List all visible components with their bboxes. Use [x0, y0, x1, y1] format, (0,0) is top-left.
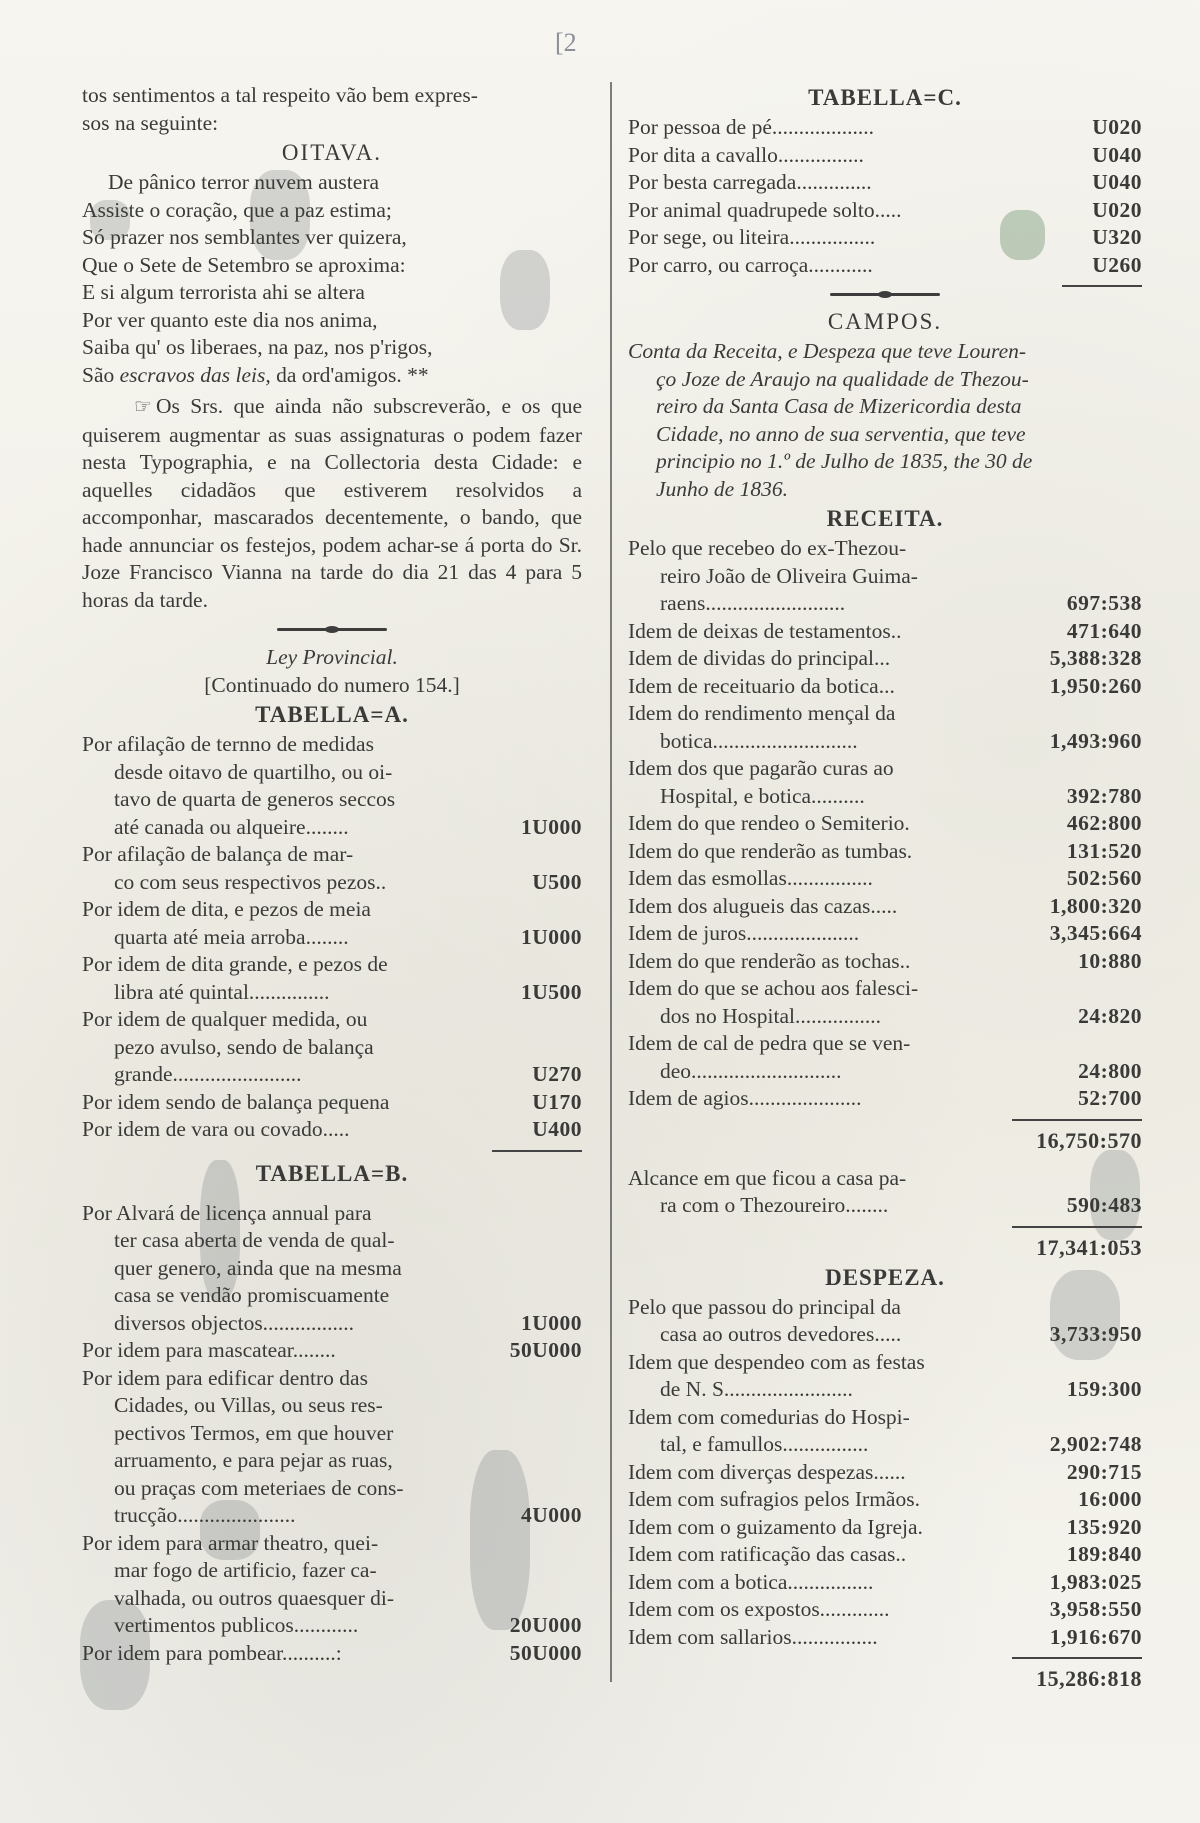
subscription-notice: ☞Os Srs. que ainda não subscreverão, e o…: [82, 393, 582, 614]
description-line: Idem de receituario da botica...: [628, 673, 1029, 701]
table-row: Por pessoa de pé...................U020: [628, 114, 1142, 142]
tabella-b-table: Por Alvará de licença annual parater cas…: [82, 1200, 582, 1668]
description-line: Idem de juros.....................: [628, 920, 1029, 948]
row-description: Idem do que rendeo o Semiterio.: [628, 810, 1029, 838]
despeza-title: DESPEZA.: [628, 1264, 1142, 1292]
row-description: Por idem de dita grande, e pezos delibra…: [82, 951, 472, 1006]
description-line: tavo de quarta de generos seccos: [82, 786, 472, 814]
description-line: libra até quintal...............: [82, 979, 472, 1007]
table-row: Por afilação de balança de mar-co com se…: [82, 841, 582, 896]
row-description: Idem do rendimento mençal dabotica......…: [628, 700, 1029, 755]
description-line: Idem de dividas do principal...: [628, 645, 1029, 673]
receita-total: 17,341:053: [628, 1234, 1142, 1262]
description-line: diversos objectos.................: [82, 1310, 472, 1338]
intro-line: Cidade, no anno de sua serventia, que te…: [628, 421, 1142, 449]
table-row: Idem do que renderão as tumbas.131:520: [628, 838, 1142, 866]
description-line: Por idem para armar theatro, quei-: [82, 1530, 472, 1558]
description-line: Idem com comedurias do Hospi-: [628, 1404, 1029, 1432]
page-number: [2: [555, 28, 577, 58]
despeza-total: 15,286:818: [628, 1665, 1142, 1693]
row-value: 1U000: [472, 896, 582, 951]
table-row: Por idem de qualquer medida, oupezo avul…: [82, 1006, 582, 1089]
description-line: Idem que despendeo com as festas: [628, 1349, 1029, 1377]
table-row: Por Alvará de licença annual parater cas…: [82, 1200, 582, 1338]
intro-line: ço Joze de Araujo na qualidade de Thezou…: [628, 366, 1142, 394]
description-line: Alcance em que ficou a casa pa-: [628, 1165, 1029, 1193]
tabella-a-title: TABELLA=A.: [82, 701, 582, 729]
text-fragment: São: [82, 363, 120, 387]
description-line: de N. S........................: [628, 1376, 1029, 1404]
row-value: 4U000: [472, 1365, 582, 1530]
description-line: Por carro, ou carroça............: [628, 252, 1029, 280]
row-value: 3,345:664: [1029, 920, 1142, 948]
poem-line: Por ver quanto este dia nos anima,: [82, 307, 582, 335]
row-description: Idem de juros.....................: [628, 920, 1029, 948]
description-line: dos no Hospital................: [628, 1003, 1029, 1031]
ornamental-rule: [830, 293, 940, 296]
newspaper-page: [2 tos sentimentos a tal respeito vão be…: [0, 0, 1200, 1823]
row-description: Por idem para armar theatro, quei-mar fo…: [82, 1530, 472, 1640]
account-intro: Conta da Receita, e Despeza que teve Lou…: [628, 338, 1142, 503]
row-value: 135:920: [1029, 1514, 1142, 1542]
poem-line: De pânico terror nuvem austera: [82, 169, 582, 197]
row-value: U170: [472, 1089, 582, 1117]
table-row: Por carro, ou carroça............U260: [628, 252, 1142, 280]
row-description: Por idem para mascatear........: [82, 1337, 472, 1365]
italic-fragment: escravos das leis,: [120, 363, 271, 387]
row-value: 1U500: [472, 951, 582, 1006]
opening-text: tos sentimentos a tal respeito vão bem e…: [82, 82, 582, 137]
campos-title: CAMPOS.: [628, 308, 1142, 336]
sum-rule: [1012, 1226, 1142, 1228]
description-line: Por pessoa de pé...................: [628, 114, 1029, 142]
row-description: Idem com ratificação das casas..: [628, 1541, 1029, 1569]
description-line: Idem do que renderão as tumbas.: [628, 838, 1029, 866]
table-row: Por besta carregada..............U040: [628, 169, 1142, 197]
table-row: Idem com sallarios................1,916:…: [628, 1624, 1142, 1652]
table-row: Por idem para pombear..........:50U000: [82, 1640, 582, 1668]
row-value: 1,916:670: [1029, 1624, 1142, 1652]
row-value: 462:800: [1029, 810, 1142, 838]
row-value: 1,493:960: [1029, 700, 1142, 755]
table-row: Idem de juros.....................3,345:…: [628, 920, 1142, 948]
row-value: 24:800: [1029, 1030, 1142, 1085]
table-row: Por sege, ou liteira................U320: [628, 224, 1142, 252]
despeza-table: Pelo que passou do principal dacasa ao o…: [628, 1294, 1142, 1652]
row-description: Por idem para edificar dentro dasCidades…: [82, 1365, 472, 1530]
poem-line: Saiba qu' os liberaes, na paz, nos p'rig…: [82, 334, 582, 362]
description-line: ra com o Thezoureiro........: [628, 1192, 1029, 1220]
row-value: 1U000: [472, 1200, 582, 1338]
row-value: U040: [1029, 169, 1142, 197]
table-row: Idem com os expostos.............3,958:5…: [628, 1596, 1142, 1624]
table-row: Idem de receituario da botica...1,950:26…: [628, 673, 1142, 701]
row-description: Idem do que se achou aos falesci-dos no …: [628, 975, 1029, 1030]
table-row: Idem do rendimento mençal dabotica......…: [628, 700, 1142, 755]
description-line: Idem com os expostos.............: [628, 1596, 1029, 1624]
description-line: Idem com ratificação das casas..: [628, 1541, 1029, 1569]
row-description: Idem do que renderão as tumbas.: [628, 838, 1029, 866]
description-line: Por idem de dita grande, e pezos de: [82, 951, 472, 979]
alcance-table: Alcance em que ficou a casa pa-ra com o …: [628, 1165, 1142, 1220]
description-line: casa se vendão promiscuamente: [82, 1282, 472, 1310]
description-line: Por idem de vara ou covado.....: [82, 1116, 472, 1144]
row-value: 20U000: [472, 1530, 582, 1640]
row-description: Idem do que renderão as tochas..: [628, 948, 1029, 976]
description-line: Por idem para mascatear........: [82, 1337, 472, 1365]
text-line: sos na seguinte:: [82, 111, 218, 135]
description-line: desde oitavo de quartilho, ou oi-: [82, 759, 472, 787]
row-description: Alcance em que ficou a casa pa-ra com o …: [628, 1165, 1029, 1220]
poem-line: Assiste o coração, que a paz estima;: [82, 197, 582, 225]
table-row: Idem com sufragios pelos Irmãos.16:000: [628, 1486, 1142, 1514]
row-value: 52:700: [1029, 1085, 1142, 1113]
row-description: Idem de deixas de testamentos..: [628, 618, 1029, 646]
poem-line: Só prazer nos semblantes ver quizera,: [82, 224, 582, 252]
section-rule: [492, 1150, 582, 1152]
row-value: 290:715: [1029, 1459, 1142, 1487]
row-description: Por dita a cavallo................: [628, 142, 1029, 170]
table-row: Idem com ratificação das casas..189:840: [628, 1541, 1142, 1569]
description-line: grande........................: [82, 1061, 472, 1089]
row-description: Idem dos que pagarão curas aoHospital, e…: [628, 755, 1029, 810]
description-line: Por dita a cavallo................: [628, 142, 1029, 170]
row-value: U260: [1029, 252, 1142, 280]
row-value: 16:000: [1029, 1486, 1142, 1514]
row-value: 189:840: [1029, 1541, 1142, 1569]
row-value: 1,800:320: [1029, 893, 1142, 921]
description-line: Por idem sendo de balança pequena: [82, 1089, 472, 1117]
row-description: Por afilação de balança de mar-co com se…: [82, 841, 472, 896]
description-line: casa ao outros devedores.....: [628, 1321, 1029, 1349]
description-line: quer genero, ainda que na mesma: [82, 1255, 472, 1283]
column-divider: [610, 82, 612, 1682]
poem-line-last: São escravos das leis, da ord'amigos. **: [82, 362, 582, 390]
text-fragment: da ord'amigos. **: [271, 363, 429, 387]
description-line: co com seus respectivos pezos..: [82, 869, 472, 897]
tabella-c-table: Por pessoa de pé...................U020P…: [628, 114, 1142, 279]
description-line: Idem com a botica................: [628, 1569, 1029, 1597]
table-row: Idem do que se achou aos falesci-dos no …: [628, 975, 1142, 1030]
description-line: Idem do que se achou aos falesci-: [628, 975, 1029, 1003]
description-line: pectivos Termos, em que houver: [82, 1420, 472, 1448]
description-line: Por afilação de ternno de medidas: [82, 731, 472, 759]
description-line: Por idem de qualquer medida, ou: [82, 1006, 472, 1034]
right-column: TABELLA=C. Por pessoa de pé.............…: [628, 82, 1142, 1693]
row-description: Pelo que recebeo do ex-Thezou-reiro João…: [628, 535, 1029, 618]
ornamental-rule: [277, 628, 387, 631]
description-line: Cidades, ou Villas, ou seus res-: [82, 1392, 472, 1420]
row-value: 392:780: [1029, 755, 1142, 810]
row-description: Por idem sendo de balança pequena: [82, 1089, 472, 1117]
row-value: U320: [1029, 224, 1142, 252]
table-row: Por idem para mascatear........50U000: [82, 1337, 582, 1365]
row-value: U020: [1029, 197, 1142, 225]
description-line: Pelo que recebeo do ex-Thezou-: [628, 535, 1029, 563]
table-row: Idem de dividas do principal...5,388:328: [628, 645, 1142, 673]
description-line: Idem com sufragios pelos Irmãos.: [628, 1486, 1029, 1514]
description-line: Idem de cal de pedra que se ven-: [628, 1030, 1029, 1058]
intro-line: principio no 1.º de Julho de 1835, the 3…: [628, 448, 1142, 476]
table-row: Pelo que recebeo do ex-Thezou-reiro João…: [628, 535, 1142, 618]
table-row: Idem com comedurias do Hospi-tal, e famu…: [628, 1404, 1142, 1459]
description-line: Idem dos alugueis das cazas.....: [628, 893, 1029, 921]
receita-title: RECEITA.: [628, 505, 1142, 533]
description-line: até canada ou alqueire........: [82, 814, 472, 842]
row-value: 502:560: [1029, 865, 1142, 893]
section-rule: [1062, 285, 1142, 287]
row-value: 590:483: [1029, 1165, 1142, 1220]
poem-line: Que o Sete de Setembro se aproxima:: [82, 252, 582, 280]
row-description: Por Alvará de licença annual parater cas…: [82, 1200, 472, 1338]
table-row: Por idem sendo de balança pequenaU170: [82, 1089, 582, 1117]
description-line: Idem de agios.....................: [628, 1085, 1029, 1113]
row-description: Por idem de dita, e pezos de meiaquarta …: [82, 896, 472, 951]
row-value: 1,950:260: [1029, 673, 1142, 701]
row-description: Idem de receituario da botica...: [628, 673, 1029, 701]
row-value: 50U000: [472, 1640, 582, 1668]
row-description: Idem com diverças despezas......: [628, 1459, 1029, 1487]
description-line: Por sege, ou liteira................: [628, 224, 1029, 252]
description-line: valhada, ou outros quaesquer di-: [82, 1585, 472, 1613]
row-description: Por carro, ou carroça............: [628, 252, 1029, 280]
tabella-b-title: TABELLA=B.: [82, 1160, 582, 1188]
description-line: Idem com sallarios................: [628, 1624, 1029, 1652]
receita-table: Pelo que recebeo do ex-Thezou-reiro João…: [628, 535, 1142, 1113]
row-description: Idem com comedurias do Hospi-tal, e famu…: [628, 1404, 1029, 1459]
poem-stanza: De pânico terror nuvem austera Assiste o…: [82, 169, 582, 389]
description-line: mar fogo de artificio, fazer ca-: [82, 1557, 472, 1585]
description-line: Por idem para pombear..........:: [82, 1640, 472, 1668]
row-description: Pelo que passou do principal dacasa ao o…: [628, 1294, 1029, 1349]
description-line: Por animal quadrupede solto.....: [628, 197, 1029, 225]
row-value: U400: [472, 1116, 582, 1144]
row-description: Por sege, ou liteira................: [628, 224, 1029, 252]
row-description: Por idem para pombear..........:: [82, 1640, 472, 1668]
description-line: arruamento, e para pejar as ruas,: [82, 1447, 472, 1475]
pointing-hand-icon: ☞: [108, 394, 152, 422]
description-line: vertimentos publicos............: [82, 1612, 472, 1640]
description-line: Por Alvará de licença annual para: [82, 1200, 472, 1228]
tabella-a-table: Por afilação de ternno de medidasdesde o…: [82, 731, 582, 1144]
table-row: Idem com a botica................1,983:0…: [628, 1569, 1142, 1597]
row-value: 10:880: [1029, 948, 1142, 976]
row-description: Por idem de qualquer medida, oupezo avul…: [82, 1006, 472, 1089]
row-value: 2,902:748: [1029, 1404, 1142, 1459]
row-value: 50U000: [472, 1337, 582, 1365]
text-line: tos sentimentos a tal respeito vão bem e…: [82, 83, 478, 107]
law-title: Ley Provincial.: [82, 643, 582, 671]
description-line: Hospital, e botica..........: [628, 783, 1029, 811]
row-description: Idem de agios.....................: [628, 1085, 1029, 1113]
row-description: Idem com os expostos.............: [628, 1596, 1029, 1624]
row-value: 24:820: [1029, 975, 1142, 1030]
row-value: 3,733:950: [1029, 1294, 1142, 1349]
description-line: Idem do que rendeo o Semiterio.: [628, 810, 1029, 838]
description-line: Idem das esmollas................: [628, 865, 1029, 893]
row-value: 471:640: [1029, 618, 1142, 646]
description-line: Pelo que passou do principal da: [628, 1294, 1029, 1322]
row-description: Idem com o guizamento da Igreja.: [628, 1514, 1029, 1542]
row-value: U020: [1029, 114, 1142, 142]
law-continuation: [Continuado do numero 154.]: [82, 671, 582, 699]
table-row: Idem do que renderão as tochas..10:880: [628, 948, 1142, 976]
row-description: Idem dos alugueis das cazas.....: [628, 893, 1029, 921]
sum-rule: [1012, 1657, 1142, 1659]
row-description: Idem com a botica................: [628, 1569, 1029, 1597]
description-line: Idem dos que pagarão curas ao: [628, 755, 1029, 783]
row-value: U500: [472, 841, 582, 896]
table-row: Idem que despendeo com as festasde N. S.…: [628, 1349, 1142, 1404]
table-row: Idem de cal de pedra que se ven-deo.....…: [628, 1030, 1142, 1085]
row-value: 131:520: [1029, 838, 1142, 866]
table-row: Idem com diverças despezas......290:715: [628, 1459, 1142, 1487]
row-description: Por idem de vara ou covado.....: [82, 1116, 472, 1144]
row-description: Idem que despendeo com as festasde N. S.…: [628, 1349, 1029, 1404]
description-line: ou praças com meteriaes de cons-: [82, 1475, 472, 1503]
row-description: Por afilação de ternno de medidasdesde o…: [82, 731, 472, 841]
table-row: Por dita a cavallo................U040: [628, 142, 1142, 170]
table-row: Por idem para edificar dentro dasCidades…: [82, 1365, 582, 1530]
description-line: Idem com diverças despezas......: [628, 1459, 1029, 1487]
row-description: Por pessoa de pé...................: [628, 114, 1029, 142]
spacer: [82, 1190, 582, 1200]
description-line: Idem do que renderão as tochas..: [628, 948, 1029, 976]
description-line: Idem do rendimento mençal da: [628, 700, 1029, 728]
row-description: Idem de cal de pedra que se ven-deo.....…: [628, 1030, 1029, 1085]
row-description: Por animal quadrupede solto.....: [628, 197, 1029, 225]
row-value: 697:538: [1029, 535, 1142, 618]
description-line: botica...........................: [628, 728, 1029, 756]
left-column: tos sentimentos a tal respeito vão bem e…: [82, 82, 582, 1667]
table-row: Por idem de dita, e pezos de meiaquarta …: [82, 896, 582, 951]
table-row: Idem dos que pagarão curas aoHospital, e…: [628, 755, 1142, 810]
row-value: U040: [1029, 142, 1142, 170]
table-row: Idem das esmollas................502:560: [628, 865, 1142, 893]
description-line: reiro João de Oliveira Guima-: [628, 563, 1029, 591]
intro-line: reiro da Santa Casa de Mizericordia dest…: [628, 393, 1142, 421]
row-value: 1U000: [472, 731, 582, 841]
description-line: Idem com o guizamento da Igreja.: [628, 1514, 1029, 1542]
description-line: Por idem para edificar dentro das: [82, 1365, 472, 1393]
notice-text: Os Srs. que ainda não subscreverão, e os…: [82, 394, 582, 612]
description-line: Por afilação de balança de mar-: [82, 841, 472, 869]
sum-rule: [1012, 1119, 1142, 1121]
poem-line: E si algum terrorista ahi se altera: [82, 279, 582, 307]
description-line: quarta até meia arroba........: [82, 924, 472, 952]
description-line: deo............................: [628, 1058, 1029, 1086]
row-value: 3,958:550: [1029, 1596, 1142, 1624]
receita-subtotal: 16,750:570: [628, 1127, 1142, 1155]
row-description: Idem com sallarios................: [628, 1624, 1029, 1652]
description-line: tal, e famullos................: [628, 1431, 1029, 1459]
intro-line: Junho de 1836.: [628, 476, 1142, 504]
table-row: Idem de deixas de testamentos..471:640: [628, 618, 1142, 646]
table-row: Por afilação de ternno de medidasdesde o…: [82, 731, 582, 841]
table-row: Idem com o guizamento da Igreja.135:920: [628, 1514, 1142, 1542]
row-value: 159:300: [1029, 1349, 1142, 1404]
table-row: Por animal quadrupede solto.....U020: [628, 197, 1142, 225]
table-row: Por idem para armar theatro, quei-mar fo…: [82, 1530, 582, 1640]
description-line: raens..........................: [628, 590, 1029, 618]
row-value: 1,983:025: [1029, 1569, 1142, 1597]
table-row: Pelo que passou do principal dacasa ao o…: [628, 1294, 1142, 1349]
table-row: Por idem de vara ou covado.....U400: [82, 1116, 582, 1144]
spacer: [628, 1155, 1142, 1165]
row-description: Idem de dividas do principal...: [628, 645, 1029, 673]
table-row: Idem do que rendeo o Semiterio.462:800: [628, 810, 1142, 838]
description-line: Por besta carregada..............: [628, 169, 1029, 197]
intro-line: Conta da Receita, e Despeza que teve Lou…: [628, 338, 1142, 366]
row-value: U270: [472, 1006, 582, 1089]
table-row: Por idem de dita grande, e pezos delibra…: [82, 951, 582, 1006]
row-description: Idem com sufragios pelos Irmãos.: [628, 1486, 1029, 1514]
description-line: Por idem de dita, e pezos de meia: [82, 896, 472, 924]
table-row: Alcance em que ficou a casa pa-ra com o …: [628, 1165, 1142, 1220]
description-line: ter casa aberta de venda de qual-: [82, 1227, 472, 1255]
description-line: trucção......................: [82, 1502, 472, 1530]
tabella-c-title: TABELLA=C.: [628, 84, 1142, 112]
row-description: Idem das esmollas................: [628, 865, 1029, 893]
poem-title: OITAVA.: [82, 139, 582, 167]
description-line: Idem de deixas de testamentos..: [628, 618, 1029, 646]
row-value: 5,388:328: [1029, 645, 1142, 673]
table-row: Idem dos alugueis das cazas.....1,800:32…: [628, 893, 1142, 921]
description-line: pezo avulso, sendo de balança: [82, 1034, 472, 1062]
table-row: Idem de agios.....................52:700: [628, 1085, 1142, 1113]
row-description: Por besta carregada..............: [628, 169, 1029, 197]
